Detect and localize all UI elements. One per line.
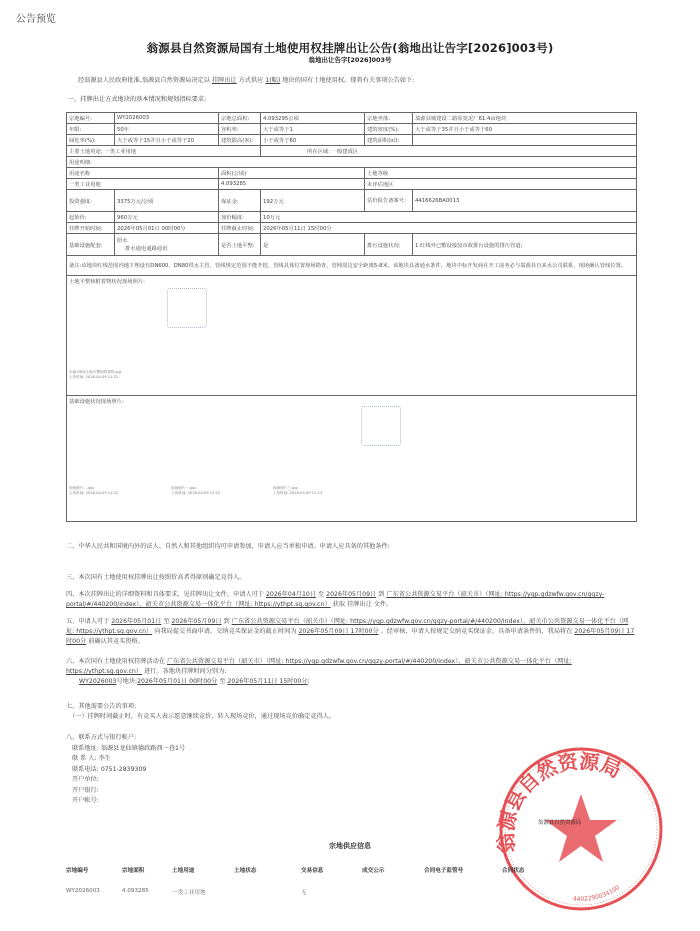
listing-start-value: 2026年05月01日 00时00分 bbox=[115, 223, 219, 234]
use-detail-label: 用途明细: bbox=[67, 157, 637, 168]
infra-photo-label: 基础设施状况现场照片: bbox=[69, 397, 634, 405]
infra-line1: 给水 bbox=[117, 237, 216, 245]
account-unit: 开户单位: bbox=[66, 775, 185, 786]
deposit-label: 保证金: bbox=[219, 190, 261, 212]
s6-schedule: WY2026003号地块:2026年05月01日 00时00分 至 2026年0… bbox=[66, 677, 636, 687]
remark: 备注:该地块红线范围内地下埋设有DN600、DN80供水主管，管线规定范围不能开… bbox=[67, 256, 637, 276]
invest-label: 投资强度: bbox=[67, 190, 115, 212]
s5-text: 到 bbox=[224, 618, 230, 625]
land-photo-cell: 土地平整和附着物状况现场照片: 宗地1现场土地平整和附着物.jpg 上传时间: … bbox=[67, 276, 637, 396]
col-header: 合同电子监管号 bbox=[424, 866, 463, 874]
increment-label: 加价幅度: bbox=[219, 212, 261, 223]
col-header: 合同状态 bbox=[502, 866, 524, 874]
table-row: 备注:该地块红线范围内地下埋设有DN600、DN80供水主管，管线规定范围不能开… bbox=[67, 256, 637, 276]
seal-text: 翁源县自然资源局 bbox=[538, 818, 581, 826]
label: 联系地址: bbox=[72, 745, 99, 752]
photo-caption: 宗地1现场土地平整和附着物.jpg 上传时间: 2026-04-09 11:22 bbox=[69, 370, 121, 380]
s6-text: ; bbox=[308, 678, 310, 685]
col-header: 宗地编号 bbox=[66, 866, 88, 874]
intro-prefix: 经翁源县人民政府批准,翁源县自然资源局决定以 bbox=[78, 77, 210, 84]
s5-text: 五、申请人可于 bbox=[66, 618, 109, 625]
use-area-header: 面积(公顷) bbox=[219, 168, 365, 179]
label: 联 系 人: bbox=[72, 755, 97, 762]
intro-count: 1(幅) bbox=[265, 77, 280, 84]
table-row: 用途名称 面积(公顷) 土地等级 bbox=[67, 168, 637, 179]
infra-label: 基础设施配套: bbox=[67, 234, 115, 256]
listing-end-label: 挂牌截止时间: bbox=[219, 223, 261, 234]
invest-value: 3375万元/公顷 bbox=[115, 190, 219, 212]
value: 翁源县龙仙镇德政路西一巷1号 bbox=[101, 745, 185, 752]
image-placeholder-icon[interactable] bbox=[361, 406, 401, 446]
main-use-cell: 主要土地用途: 一类工业用地 bbox=[67, 146, 261, 157]
land-grade-header: 土地等级 bbox=[365, 168, 637, 179]
intro-middle: 方式供应 bbox=[239, 77, 264, 84]
photo-caption-time: 上传时间: 2026-04-09 11:22 bbox=[171, 491, 220, 496]
cell: 4.093285 bbox=[122, 888, 149, 894]
s6-start: 2026年05月01日 00时00分 bbox=[137, 678, 217, 685]
section3: 三、本次国有土地使用权挂牌出让按照价高者得原则确定竞得人。 bbox=[66, 573, 636, 583]
table-row: 挂牌开始时间: 2026年05月01日 00时00分 挂牌截止时间: 2026年… bbox=[67, 223, 637, 234]
infra-photo-cell: 基础设施状况现场照片: 现场照片二.jpg 上传时间: 2026-04-09 1… bbox=[67, 396, 637, 522]
table-row: 起始价: 960万元 加价幅度: 10万元 bbox=[67, 212, 637, 223]
parcel-no-value: WY2026003 bbox=[115, 113, 219, 124]
s5-text: 至 bbox=[163, 618, 169, 625]
label: 联系电话: bbox=[72, 766, 99, 773]
parcel-info-table: 宗地编号: WY2026003 宗地总面积: 4.093295公顷 宗地坐落: … bbox=[66, 112, 637, 522]
location-label: 宗地坐落: bbox=[365, 113, 413, 124]
photo-caption: 现场照片三.jpg 上传时间: 2026-04-09 11:23 bbox=[273, 486, 322, 496]
leveled-value: 是 bbox=[261, 234, 365, 256]
section5: 五、申请人可于 2026年05月01日 至 2026年05月09日 到 广东省公… bbox=[66, 617, 636, 647]
col-header: 成交公示 bbox=[362, 866, 384, 874]
main-use-value: 一类工业用地 bbox=[104, 149, 136, 155]
page-header-title: 公告预览 bbox=[16, 10, 56, 25]
contact-section: 八、联系方式与银行帐户: 联系地址: 翁源县龙仙镇德政路西一巷1号 联 系 人:… bbox=[66, 733, 185, 807]
image-placeholder-icon[interactable] bbox=[167, 288, 207, 328]
increment-value: 10万元 bbox=[261, 212, 637, 223]
s5-text: 前确认其竞买资格。 bbox=[88, 638, 144, 645]
table-row: 绿化率(%): 大于或等于15并且小于或等于20 建筑限高(米): 小于或等于6… bbox=[67, 135, 637, 146]
district-cell: 所在区域: 一般建成区 bbox=[261, 146, 637, 157]
floor-area-value bbox=[413, 135, 637, 146]
sewage-label: 排污设施状况: bbox=[365, 234, 413, 256]
account-number: 开户帐号: bbox=[66, 796, 185, 807]
table-row: 主要土地用途: 一类工业用地 所在区域: 一般建成区 bbox=[67, 146, 637, 157]
official-seal-icon: 翁源县自然资源局 4402290034100 bbox=[496, 744, 666, 914]
far-value: 大于或等于1 bbox=[261, 124, 365, 135]
value: 0751-2839309 bbox=[101, 766, 147, 773]
listing-start-label: 挂牌开始时间: bbox=[67, 223, 115, 234]
account-bank: 开户银行: bbox=[66, 786, 185, 797]
density-label: 建筑密度(%): bbox=[365, 124, 413, 135]
document-title: 翁源县自然资源局国有土地使用权挂牌出让公告(翁地出让告字[2026]003号) bbox=[0, 40, 700, 56]
photo-caption-time: 上传时间: 2026-04-09 11:23 bbox=[273, 491, 322, 496]
section7: 七、其他需要公告的事项: （一）挂牌时间截止时，有竞买人表示愿意继续竞价，转入现… bbox=[66, 702, 636, 722]
svg-text:4402290034100: 4402290034100 bbox=[573, 884, 622, 903]
land-photo-label: 土地平整和附着物状况现场照片: bbox=[69, 277, 634, 285]
s4-text: 获取 挂牌出让 文件。 bbox=[333, 601, 393, 608]
table-row: 宗地编号: WY2026003 宗地总面积: 4.093295公顷 宗地坐落: … bbox=[67, 113, 637, 124]
section2: 二、中华人民共和国境内外的法人、自然人和其他组织均可申请参加，申请人应当单独申请… bbox=[66, 542, 636, 552]
contact-title: 八、联系方式与银行帐户: bbox=[66, 733, 185, 744]
s5-date-end: 2026年05月09日 bbox=[171, 618, 221, 625]
total-area-label: 宗地总面积: bbox=[219, 113, 261, 124]
start-price-value: 960万元 bbox=[115, 212, 219, 223]
land-grade-value: 未评估地区 bbox=[365, 179, 637, 190]
col-header: 土地用途 bbox=[172, 866, 194, 874]
s4-text: 到 bbox=[378, 591, 384, 598]
photo-caption-time: 上传时间: 2026-04-09 11:22 bbox=[69, 375, 121, 380]
location-value: 翁源县城建设二路原宽泥厂61.4亩地块 bbox=[413, 113, 637, 124]
district-value: 一般建成区 bbox=[332, 149, 359, 155]
s5-date-start: 2026年05月01日 bbox=[111, 618, 161, 625]
photo-row-land: 土地平整和附着物状况现场照片: 宗地1现场土地平整和附着物.jpg 上传时间: … bbox=[67, 276, 637, 396]
district-label: 所在区域: bbox=[307, 149, 330, 155]
infra-line2: 排水通电通路通讯 bbox=[117, 245, 216, 253]
col-header: 土地状态 bbox=[234, 866, 256, 874]
section7-title: 七、其他需要公告的事项: bbox=[66, 702, 636, 712]
cell: WY2026003 bbox=[66, 888, 100, 894]
s4-date-end: 2026年05月09日 bbox=[326, 591, 376, 598]
s6-text: 六、本次国有土地使用权挂牌活动在 bbox=[66, 658, 165, 665]
label: 开户单位: bbox=[72, 776, 99, 783]
contact-person: 联 系 人: 李生 bbox=[66, 754, 185, 765]
label: 开户帐号: bbox=[72, 797, 99, 804]
listing-end-value: 2026年05月11日 15时00分 bbox=[261, 223, 637, 234]
photo-caption: 现场照片二.jpg 上传时间: 2026-04-09 11:22 bbox=[69, 486, 118, 496]
section1-title: 一、挂牌出让方式地块的基本情况和规划指标要求: bbox=[68, 94, 206, 103]
intro-suffix: 地块的国有土地使用权。现将有关事项公告如下: bbox=[282, 77, 414, 84]
parcel-no-label: 宗地编号: bbox=[67, 113, 115, 124]
green-label: 绿化率(%): bbox=[67, 135, 115, 146]
s5-text: 。经审核，申请人按规定交纳竞买保证金，具备申请条件的，我局将在 bbox=[381, 628, 573, 635]
col-header: 宗地面积 bbox=[122, 866, 144, 874]
table-row: 投资强度: 3375万元/公顷 保证金: 192万元 估价报告备案号: 4416… bbox=[67, 190, 637, 212]
deposit-value: 192万元 bbox=[261, 190, 365, 212]
s4-date-start: 2026年04月10日 bbox=[266, 591, 316, 598]
floor-area-label: 建筑面积(㎡): bbox=[365, 135, 413, 146]
table-row: 年限: 50年 容积率: 大于或等于1 建筑密度(%): 大于或等于35并且小于… bbox=[67, 124, 637, 135]
s4-text: 至 bbox=[318, 591, 324, 598]
s6-parcel: WY2026003 bbox=[79, 678, 116, 685]
svg-text:翁源县自然资源局: 翁源县自然资源局 bbox=[496, 749, 625, 854]
s5-text: 向我局提交书面申请。交纳竞买保证金的截止时间为 bbox=[154, 628, 296, 635]
s6-text: 进行。各地块挂牌时间分别为: bbox=[144, 668, 227, 675]
photo-caption: 现场照片一.jpg 上传时间: 2026-04-09 11:22 bbox=[171, 486, 220, 496]
leveled-label: 是否土地平整: bbox=[219, 234, 261, 256]
appraisal-value: 4416626BA0013 bbox=[413, 190, 637, 212]
table-row: 基础设施配套: 给水 排水通电通路通讯 是否土地平整: 是 排污设施状况: 1.… bbox=[67, 234, 637, 256]
s5-deadline: 2026年05月09日 17时00分 bbox=[299, 628, 379, 635]
sewage-value: 1.红线外已敷设接驳市政排污设施的排污管道; bbox=[413, 234, 637, 256]
section4: 四、本次挂牌出让的详细资料和具体要求，见挂牌出让文件。申请人可于 2026年04… bbox=[66, 590, 636, 610]
term-label: 年限: bbox=[67, 124, 115, 135]
s6-text: 号地块: bbox=[116, 678, 137, 685]
cell: 无 bbox=[301, 888, 307, 896]
total-area-value: 4.093295公顷 bbox=[261, 113, 365, 124]
use-name-value: 一类工业用地 bbox=[67, 179, 219, 190]
table-row: 用途明细: bbox=[67, 157, 637, 168]
label: 开户银行: bbox=[72, 787, 99, 794]
section7-item: （一）挂牌时间截止时，有竞买人表示愿意继续竞价，转入现场竞价，通过现场竞价确定竞… bbox=[66, 712, 636, 722]
section6: 六、本次国有土地使用权挂牌活动在 广东省公共资源交易平台（韶关市）（网址: ht… bbox=[66, 657, 636, 687]
table-row: 一类工业用地 4.093285 未评估地区 bbox=[67, 179, 637, 190]
s6-text: 至 bbox=[219, 678, 225, 685]
col-header: 交易信息 bbox=[301, 866, 323, 874]
s6-end: 2026年05月11日 15时00分 bbox=[227, 678, 307, 685]
height-value: 小于或等于60 bbox=[261, 135, 365, 146]
supply-title: 宗地供应信息 bbox=[0, 841, 700, 851]
contact-phone: 联系电话: 0751-2839309 bbox=[66, 765, 185, 776]
photo-row-infra: 基础设施状况现场照片: 现场照片二.jpg 上传时间: 2026-04-09 1… bbox=[67, 396, 637, 522]
s4-text: 四、本次挂牌出让的详细资料和具体要求，见挂牌出让文件。申请人可于 bbox=[66, 591, 264, 598]
use-name-header: 用途名称 bbox=[67, 168, 219, 179]
use-area-value: 4.093285 bbox=[219, 179, 365, 190]
height-label: 建筑限高(米): bbox=[219, 135, 261, 146]
far-label: 容积率: bbox=[219, 124, 261, 135]
green-value: 大于或等于15并且小于或等于20 bbox=[115, 135, 219, 146]
document-subtitle: 翁地出让告字[2026]003号 bbox=[0, 55, 700, 64]
start-price-label: 起始价: bbox=[67, 212, 115, 223]
photo-caption-time: 上传时间: 2026-04-09 11:22 bbox=[69, 491, 118, 496]
infra-value: 给水 排水通电通路通讯 bbox=[115, 234, 219, 256]
cell: 一类工业用地 bbox=[172, 888, 206, 896]
intro-method: 挂牌出让 bbox=[212, 77, 237, 84]
term-value: 50年 bbox=[115, 124, 219, 135]
density-value: 大于或等于35并且小于或等于60 bbox=[413, 124, 637, 135]
main-use-label: 主要土地用途: bbox=[69, 149, 103, 155]
intro-paragraph: 经翁源县人民政府批准,翁源县自然资源局决定以 挂牌出让 方式供应 1(幅) 地块… bbox=[78, 75, 414, 84]
appraisal-label: 估价报告备案号: bbox=[365, 190, 413, 212]
contact-address: 联系地址: 翁源县龙仙镇德政路西一巷1号 bbox=[66, 744, 185, 755]
value: 李生 bbox=[99, 755, 111, 762]
